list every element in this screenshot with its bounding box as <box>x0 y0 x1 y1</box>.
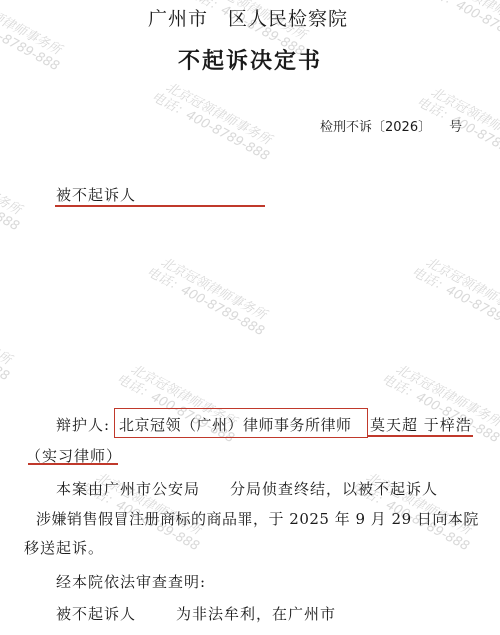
watermark: 北京冠领律师事务所电话：400-8789-888 <box>156 80 279 164</box>
watermark: 北京冠领律师事务所电话：400-8789-888 <box>151 255 274 339</box>
document-title: 不起诉决定书 <box>178 44 322 75</box>
defender-names: 莫天超 于梓浩 <box>370 414 472 435</box>
document-number: 检刑不诉〔2026〕号 <box>320 116 462 135</box>
paragraph-2: 经本院依法审查查明: <box>56 571 206 592</box>
watermark: 北京冠领律师事务所电话：400-8789-888 <box>0 300 19 384</box>
defender-names-underline <box>368 435 473 437</box>
watermark: 北京冠领律师事务所电话：400-8789-888 <box>416 255 500 339</box>
paragraph-1-line-3: 移送起诉。 <box>24 537 104 558</box>
paragraph-1-line-1: 本案由广州市公安局分局侦查终结，以被不起诉人 <box>56 478 438 499</box>
defender-label: 辩护人: <box>56 414 110 435</box>
watermark: 北京冠领律师事务所电话：400-8789-888 <box>426 0 500 54</box>
paragraph-1-line-2: 涉嫌销售假冒注册商标的商品罪，于 2025 年 9 月 29 日向本院 <box>36 508 479 529</box>
defendant-label: 被不起诉人 <box>56 184 136 205</box>
defender-note-underline <box>28 463 118 465</box>
watermark: 北京冠领律师事务所电话：400-8789-888 <box>0 0 69 74</box>
defendant-underline <box>55 205 265 207</box>
defender-firm: 北京冠领（广州）律师事务所律师 <box>119 414 352 435</box>
organization-name: 广州市区人民检察院 <box>148 4 348 31</box>
paragraph-3: 被不起诉人为非法牟利，在广州市 <box>56 603 336 624</box>
watermark: 北京冠领律师事务所电话：400-8789-888 <box>0 150 29 234</box>
